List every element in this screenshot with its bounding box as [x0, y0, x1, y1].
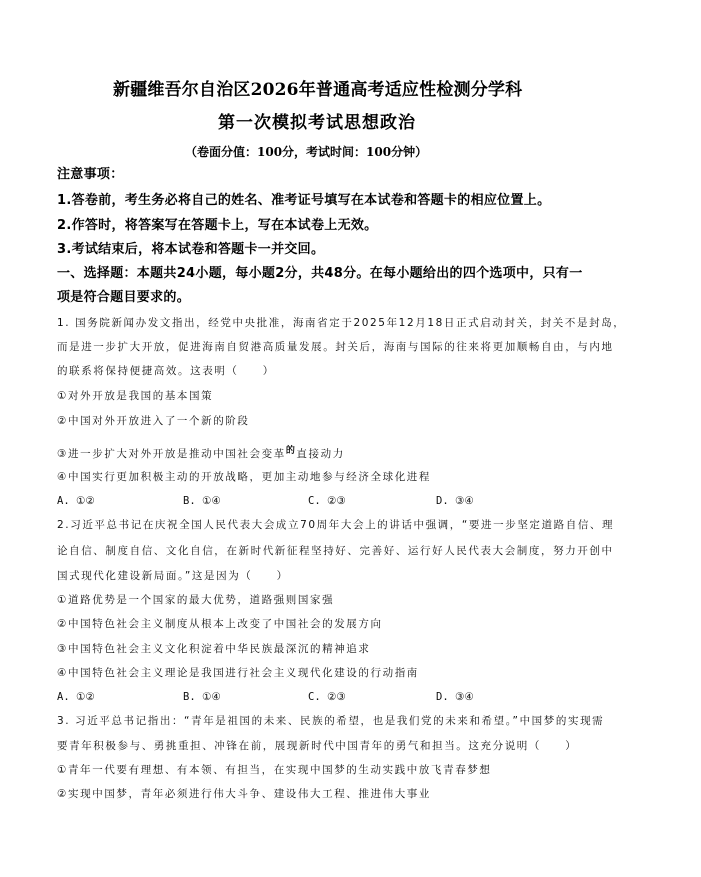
question-2-stem-line1: 2.习近平总书记在庆祝全国人民代表大会成立70周年大会上的讲话中强调，“要进一步… — [57, 518, 614, 532]
question-1-choice-d: D. ③④ — [436, 494, 474, 508]
section-instructions-line1: 一、选择题：本题共24小题，每小题2分，共48分。在每小题给出的四个选项中，只有… — [57, 266, 583, 282]
question-1-option-3-text: ③进一步扩大对外开放是推动中国社会变革 — [57, 448, 286, 460]
question-1-option-3: ③进一步扩大对外开放是推动中国社会变革的直接动力 — [57, 444, 345, 461]
question-1-stem-line3: 的联系将保持便捷高效。这表明（ ） — [57, 364, 275, 378]
question-3-option-2: ②实现中国梦，青年必须进行伟大斗争、建设伟大工程、推进伟大事业 — [57, 787, 431, 801]
question-1-option-2: ②中国对外开放进入了一个新的阶段 — [57, 414, 250, 428]
exam-title-line2: 第一次模拟考试思想政治 — [218, 113, 386, 133]
exam-title-line1: 新疆维吾尔自治区2026年普通高考适应性检测分学科 — [113, 80, 507, 100]
question-2-option-3: ③中国特色社会主义文化积淀着中华民族最深沉的精神追求 — [57, 642, 371, 656]
question-2-choice-d: D. ③④ — [436, 690, 474, 704]
question-2-choice-c: C. ②③ — [308, 690, 346, 704]
question-1-option-4: ④中国实行更加积极主动的开放战略，更加主动地参与经济全球化进程 — [57, 470, 431, 484]
question-2-choice-b: B. ①④ — [183, 690, 221, 704]
question-2-stem-line2: 论自信、制度自信、文化自信，在新时代新征程坚持好、完善好、运行好人民代表大会制度… — [57, 544, 614, 558]
section-instructions-line2: 项是符合题目要求的。 — [57, 290, 190, 306]
notice-heading: 注意事项： — [57, 167, 124, 183]
question-2-stem-line3: 国式现代化建设新局面。”这是因为（ ） — [57, 569, 289, 583]
question-1-option-1: ①对外开放是我国的基本国策 — [57, 389, 213, 403]
question-1-choice-b: B. ①④ — [183, 494, 221, 508]
question-1-choice-c: C. ②③ — [308, 494, 346, 508]
question-1-option-3-tail: 直接动力 — [296, 448, 344, 460]
notice-item-2: 2.作答时，将答案写在答题卡上，写在本试卷上无效。 — [57, 218, 377, 234]
question-3-option-1: ①青年一代要有理想、有本领、有担当，在实现中国梦的生动实践中放飞青春梦想 — [57, 763, 492, 777]
question-1-choice-a: A. ①② — [57, 494, 95, 508]
notice-item-1: 1.答卷前，考生务必将自己的姓名、准考证号填写在本试卷和答题卡的相应位置上。 — [57, 193, 550, 209]
question-1-stem-line2: 而是进一步扩大开放，促进海南自贸港高质量发展。封关后，海南与国际的往来将更加顺畅… — [57, 340, 614, 354]
notice-item-3: 3.考试结束后，将本试卷和答题卡一并交回。 — [57, 242, 324, 258]
exam-score-time: （卷面分值：100分，考试时间：100分钟） — [185, 144, 427, 160]
question-2-option-2: ②中国特色社会主义制度从根本上改变了中国社会的发展方向 — [57, 617, 383, 631]
question-2-option-4: ④中国特色社会主义理论是我国进行社会主义现代化建设的行动指南 — [57, 666, 419, 680]
question-1-stem-line1: 1. 国务院新闻办发文指出，经党中央批准，海南省定于2025年12月18日正式启… — [57, 316, 625, 330]
question-2-choice-a: A. ①② — [57, 690, 95, 704]
question-3-stem-line1: 3. 习近平总书记指出：“青年是祖国的未来、民族的希望，也是我们党的未来和希望。… — [57, 714, 604, 728]
question-2-option-1: ①道路优势是一个国家的最大优势，道路强则国家强 — [57, 593, 334, 607]
question-1-option-3-raised-char: 的 — [286, 446, 297, 456]
question-3-stem-line2: 要青年积极参与、勇挑重担、冲锋在前，展现新时代中国青年的勇气和担当。这充分说明（… — [57, 739, 577, 753]
